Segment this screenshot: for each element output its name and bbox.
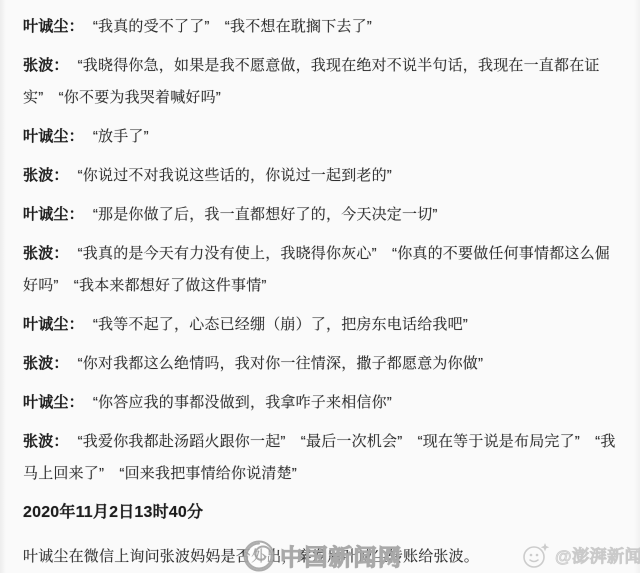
speaker-name: 张波：	[23, 57, 69, 74]
dialogue-line-8: 张波：“你对我都这么绝情吗，我对你一往情深，撒子都愿意为你做”	[23, 348, 620, 380]
dialogue-line-3: 叶诚尘：“放手了”	[23, 121, 620, 153]
speaker-name: 叶诚尘：	[23, 128, 84, 145]
pengpai-logo-icon	[521, 538, 551, 570]
dialogue-line-2: 张波：“我晓得你急，如果是我不愿意做，我现在绝对不说半句话，我现在一直都在证实”…	[23, 50, 620, 114]
speaker-name: 张波：	[23, 167, 69, 184]
dialogue-text: “放手了”	[93, 128, 149, 145]
dialogue-text: “我爱你我都赴汤蹈火跟你一起” “最后一次机会” “现在等于说是布局完了” “我…	[23, 433, 616, 482]
speaker-name: 叶诚尘：	[23, 206, 84, 223]
dialogue-text: “我等不起了，心态已经绷（崩）了，把房东电话给我吧”	[93, 316, 468, 333]
chinanews-watermark-text: 中国新闻网	[280, 539, 403, 572]
dialogue-line-10: 张波：“我爱你我都赴汤蹈火跟你一起” “最后一次机会” “现在等于说是布局完了”…	[23, 426, 620, 490]
speaker-name: 张波：	[23, 245, 69, 262]
dialogue-line-1: 叶诚尘：“我真的受不了了” “我不想在耽搁下去了”	[23, 11, 620, 43]
date-heading: 2020年11月2日13时40分	[23, 497, 620, 529]
dialogue-text: “你答应我的事都没做到，我拿咋子来相信你”	[93, 394, 392, 411]
dialogue-line-5: 叶诚尘：“那是你做了后，我一直都想好了的，今天决定一切”	[23, 199, 620, 231]
speaker-name: 叶诚尘：	[23, 18, 84, 35]
dialogue-text: “我真的受不了了” “我不想在耽搁下去了”	[93, 18, 372, 35]
dialogue-line-6: 张波：“我真的是今天有力没有使上，我晓得你灰心” “你真的不要做任何事情都这么倔…	[23, 238, 620, 302]
dialogue-text: “你对我都这么绝情吗，我对你一往情深，撒子都愿意为你做”	[78, 355, 484, 372]
dialogue-text: “我晓得你急，如果是我不愿意做，我现在绝对不说半句话，我现在一直都在证实” “你…	[23, 57, 600, 106]
speaker-name: 叶诚尘：	[23, 316, 84, 333]
pengpai-watermark-text: @澎湃新闻	[555, 542, 640, 567]
speaker-name: 张波：	[23, 433, 69, 450]
dialogue-line-9: 叶诚尘：“你答应我的事都没做到，我拿咋子来相信你”	[23, 387, 620, 419]
pengpai-watermark: @澎湃新闻	[521, 538, 640, 570]
dialogue-text: “你说过不对我说这些话的，你说过一起到老的”	[78, 167, 392, 184]
dialogue-line-7: 叶诚尘：“我等不起了，心态已经绷（崩）了，把房东电话给我吧”	[23, 309, 620, 341]
speaker-name: 叶诚尘：	[23, 394, 84, 411]
chinanews-watermark: 中国新闻网	[241, 537, 403, 573]
dialogue-line-4: 张波：“你说过不对我说这些话的，你说过一起到老的”	[23, 160, 620, 192]
dialogue-text: “那是你做了后，我一直都想好了的，今天决定一切”	[93, 206, 438, 223]
chinanews-logo-icon	[241, 537, 277, 573]
article-screenshot: 叶诚尘：“我真的受不了了” “我不想在耽搁下去了” 张波：“我晓得你急，如果是我…	[0, 0, 640, 573]
dialogue-text: “我真的是今天有力没有使上，我晓得你灰心” “你真的不要做任何事情都这么倔好吗”…	[23, 245, 610, 294]
speaker-name: 张波：	[23, 355, 69, 372]
